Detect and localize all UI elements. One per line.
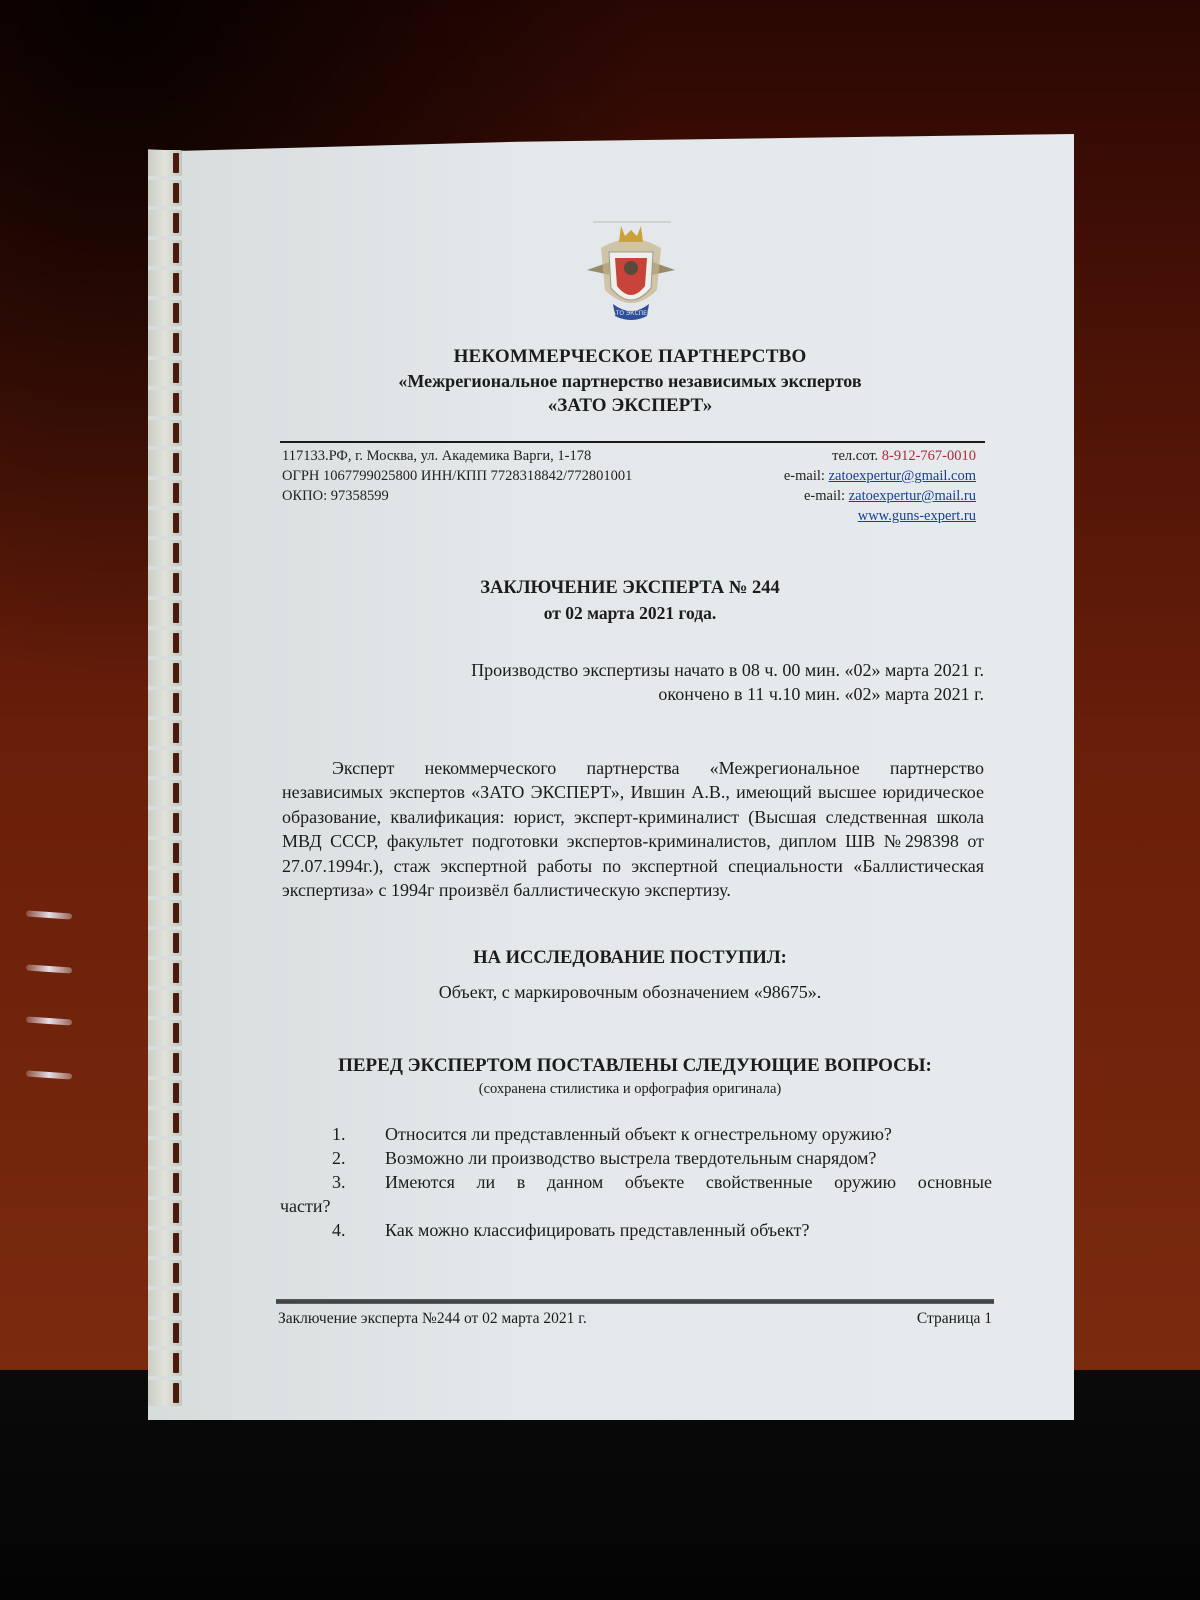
phone-number: 8-912-767-0010 [882,448,976,464]
phone-line: тел.сот. 8-912-767-0010 [700,446,976,466]
received-object: Объект, с маркировочным обозначением «98… [270,982,990,1003]
question-continuation: части? [280,1194,992,1218]
website-link[interactable]: www.guns-expert.ru [858,508,976,524]
email-link-mailru[interactable]: zatoexpertur@mail.ru [849,488,976,504]
document-content: ЗАТО ЭКСПЕРТ НЕКОММЕРЧЕСКОЕ ПАРТНЕРСТВО … [0,0,1200,1600]
organization-name-line-3: «ЗАТО ЭКСПЕРТ» [270,395,990,417]
question-item: 3. Имеются ли в данном объекте свойствен… [280,1170,992,1194]
conclusion-title: ЗАКЛЮЧЕНИЕ ЭКСПЕРТА № 244 [270,578,990,599]
organization-name-line-1: НЕКОММЕРЧЕСКОЕ ПАРТНЕРСТВО [270,346,990,368]
okpo-code: ОКПО: 97358599 [282,486,632,506]
email-label: e-mail: [804,488,845,504]
email-line-2: e-mail: zatoexpertur@mail.ru [700,486,976,506]
phone-label: тел.сот. [832,448,878,464]
question-number: 3. [280,1170,385,1194]
question-number: 2. [280,1146,385,1170]
registration-numbers: ОГРН 1067799025800 ИНН/КПП 7728318842/77… [282,466,632,486]
website-line: www.guns-expert.ru [700,506,976,526]
received-heading: НА ИССЛЕДОВАНИЕ ПОСТУПИЛ: [270,948,990,969]
conclusion-date: от 02 марта 2021 года. [270,603,990,624]
requisites-block: 117133.РФ, г. Москва, ул. Академика Варг… [282,446,632,506]
expert-paragraph: Эксперт некоммерческого партнерства «Меж… [282,756,984,902]
questions-list: 1. Относится ли представленный объект к … [280,1122,992,1242]
question-number: 1. [280,1122,385,1146]
question-item: 4. Как можно классифицировать представле… [280,1218,992,1242]
email-label: e-mail: [784,468,825,484]
email-link-gmail[interactable]: zatoexpertur@gmail.com [829,468,976,484]
question-number: 4. [280,1218,385,1242]
questions-heading: ПЕРЕД ЭКСПЕРТОМ ПОСТАВЛЕНЫ СЛЕДУЮЩИЕ ВОП… [280,1055,990,1077]
question-text: Имеются ли в данном объекте свойственные… [385,1170,992,1194]
question-item: 2. Возможно ли производство выстрела тве… [280,1146,992,1170]
email-line-1: e-mail: zatoexpertur@gmail.com [700,466,976,486]
question-text: Как можно классифицировать представленны… [385,1218,992,1242]
contacts-block: тел.сот. 8-912-767-0010 e-mail: zatoexpe… [700,446,976,526]
expertise-end: окончено в 11 ч.10 мин. «02» марта 2021 … [370,682,984,706]
expertise-start: Производство экспертизы начато в 08 ч. 0… [370,658,984,682]
footer-document-ref: Заключение эксперта №244 от 02 марта 202… [278,1310,587,1328]
svg-text:ЗАТО ЭКСПЕРТ: ЗАТО ЭКСПЕРТ [608,310,655,317]
question-text: Возможно ли производство выстрела твердо… [385,1146,992,1170]
header-divider [280,441,985,443]
questions-note: (сохранена стилистика и орфография ориги… [270,1081,990,1098]
question-item: 1. Относится ли представленный объект к … [280,1122,992,1146]
coat-of-arms-emblem-icon: ЗАТО ЭКСПЕРТ [585,220,677,328]
organization-name-line-2: «Межрегиональное партнерство независимых… [270,371,990,392]
question-text: Относится ли представленный объект к огн… [385,1122,992,1146]
address: 117133.РФ, г. Москва, ул. Академика Варг… [282,446,632,466]
footer-divider [276,1299,994,1304]
footer-page-number: Страница 1 [840,1310,992,1328]
